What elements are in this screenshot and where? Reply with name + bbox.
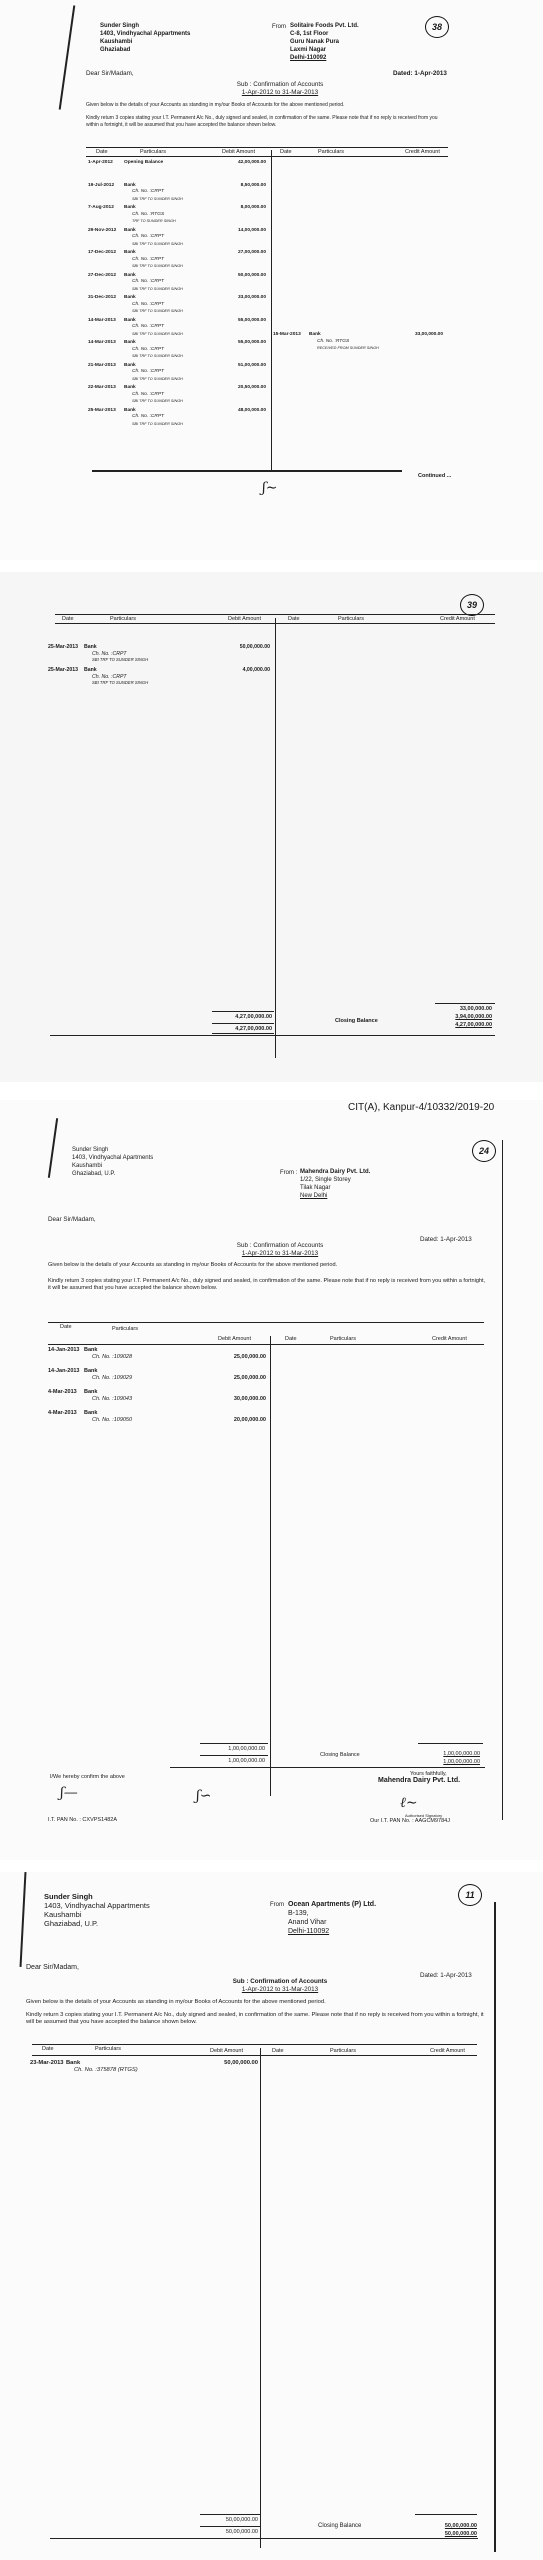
scanned-document: 38 Sunder Singh 1403, Vindhyachal Appart… (0, 0, 543, 2560)
recipient-pan: I.T. PAN No. : CXVPS1482A (48, 1816, 117, 1824)
address-line: Kaushambi (44, 1910, 150, 1919)
from-label: From (270, 1902, 284, 1908)
page-separator (0, 1082, 543, 1100)
recipient-name: Sunder Singh (72, 1146, 153, 1154)
recipient-address: Sunder Singh 1403, Vindhyachal Appartmen… (100, 22, 190, 54)
signature: ʃ∼ (262, 480, 278, 496)
page-separator (0, 1860, 543, 1872)
entry-particulars: BankCh. No. :CRPTSBI TRF TO SUNDER SINGH (84, 667, 214, 687)
entry-date: 19-Jul-2012 (88, 183, 122, 190)
table-bottom-rule (170, 1767, 485, 1768)
subject: Sub : Confirmation of Accounts (170, 81, 390, 89)
entry-date: 25-Mar-2013 (48, 644, 82, 651)
recipient-address: Sunder Singh 1403, Vindhyachal Apartment… (72, 1146, 153, 1178)
entry-amount: 25,00,000.00 (206, 1375, 266, 1382)
col-header-particulars: Particulars (338, 616, 364, 622)
total-rule (435, 1003, 495, 1004)
page-number-mark: 39 (460, 594, 484, 616)
total-rule (418, 1743, 483, 1744)
entry-amount: 8,00,000.00 (206, 205, 266, 212)
col-header-date: Date (62, 616, 74, 622)
entry-amount: 55,00,000.00 (206, 340, 266, 347)
address-line: Kaushambi (72, 1162, 153, 1170)
entry-date: 23-Mar-2013 (30, 2060, 64, 2067)
entry-date: 4-Mar-2013 (48, 1389, 82, 1396)
entry-amount: 50,00,000.00 (210, 644, 270, 651)
recipient-name: Sunder Singh (44, 1892, 150, 1901)
closing-balance: 1,00,00,000.00 (420, 1750, 480, 1758)
entry-particulars: BankCh. No. :109029 (84, 1368, 214, 1381)
entry-amount: 50,00,000.00 (206, 273, 266, 280)
col-header-date: Date (96, 149, 108, 155)
page-number-mark: 24 (472, 1140, 496, 1162)
total-rule (212, 1011, 274, 1012)
address-line: Laxmi Nagar (290, 46, 359, 54)
table-top-rule (48, 1322, 484, 1323)
total-rule (200, 1755, 268, 1756)
entry-amount: 20,50,000.00 (206, 385, 266, 392)
col-header-date: Date (272, 2048, 284, 2054)
col-header-date: Date (60, 1324, 72, 1330)
from-label: From (272, 24, 286, 30)
address-line: C-8, 1st Floor (290, 30, 359, 38)
continued-label: Continued ... (418, 472, 451, 480)
sender-address: Mahendra Dairy Pvt. Ltd. 1/22, Single St… (300, 1168, 370, 1200)
address-line: Tilak Nagar (300, 1184, 370, 1192)
entry-amount: 27,00,000.00 (206, 250, 266, 257)
total-rule (415, 2514, 477, 2515)
table-bottom-rule (50, 2538, 478, 2539)
table-bottom-rule (50, 1035, 495, 1036)
intro-paragraph: Given below is the details of your Accou… (26, 1999, 486, 2006)
col-header-credit: Credit Amount (440, 616, 475, 622)
entry-particulars: BankCh. No. :109043 (84, 1389, 214, 1402)
credit-grand-total: 50,00,000.00 (417, 2530, 477, 2538)
closing-balance-label: Closing Balance (320, 1751, 360, 1759)
col-header-debit: Debit Amount (222, 149, 255, 155)
sender-pan: Our I.T. PAN No. : AAGCM9784J (370, 1817, 450, 1825)
total-rule (212, 1033, 274, 1034)
dated: Dated: 1-Apr-2013 (420, 1236, 472, 1244)
address-line: B-139, (288, 1909, 376, 1918)
entry-date: 27-Dec-2012 (88, 273, 122, 280)
signature: ʃ— (60, 1785, 78, 1801)
signature: ℓ∼ (400, 1795, 418, 1812)
entry-amount: 14,00,000.00 (206, 228, 266, 235)
salutation: Dear Sir/Madam, (26, 1964, 79, 1972)
total-rule (200, 2526, 260, 2527)
entry-date: 4-Mar-2013 (48, 1410, 82, 1417)
period: 1-Apr-2012 to 31-Mar-2013 (170, 89, 390, 97)
total-rule (212, 1023, 274, 1024)
credit-grand-total: 1,00,00,000.00 (420, 1758, 480, 1766)
entry-particulars: BankCh. No. :109028 (84, 1347, 214, 1360)
sender-address: Ocean Apartments (P) Ltd. B-139, Anand V… (288, 1900, 376, 1936)
entry-amount: 48,00,000.00 (206, 408, 266, 415)
sender-name: Ocean Apartments (P) Ltd. (288, 1900, 376, 1909)
entry-amount: 25,00,000.00 (206, 1354, 266, 1361)
table-top-rule (32, 2044, 477, 2045)
entry-amount: 33,00,000.00 (206, 295, 266, 302)
page-number-mark: 38 (425, 16, 449, 38)
col-header-date: Date (285, 1336, 297, 1342)
period: 1-Apr-2012 to 31-Mar-2013 (180, 1986, 380, 1994)
entry-date: 22-Mar-2013 (88, 385, 122, 392)
total-rule (200, 2514, 260, 2515)
subject: Sub : Confirmation of Accounts (180, 1978, 380, 1986)
col-header-credit: Credit Amount (405, 149, 440, 155)
debit-grand-total: 4,27,00,000.00 (212, 1025, 272, 1033)
table-top-rule (55, 614, 495, 615)
sender-name: Solitaire Foods Pvt. Ltd. (290, 22, 359, 30)
col-header-date: Date (42, 2046, 54, 2052)
company-signature-name: Mahendra Dairy Pvt. Ltd. (378, 1777, 460, 1785)
entry-date: 21-Mar-2013 (88, 363, 122, 370)
recipient-name: Sunder Singh (100, 22, 190, 30)
entry-date: 14-Jan-2013 (48, 1368, 82, 1375)
col-header-debit: Debit Amount (218, 1336, 251, 1342)
entry-amount: 50,00,000.00 (198, 2060, 258, 2067)
entry-amount: 33,00,000.00 (383, 332, 443, 339)
debit-total: 50,00,000.00 (198, 2516, 258, 2524)
case-reference: CIT(A), Kanpur-4/10332/2019-20 (348, 1102, 494, 1113)
sender-address: Solitaire Foods Pvt. Ltd. C-8, 1st Floor… (290, 22, 359, 62)
from-label: From : (280, 1170, 297, 1176)
closing-balance-label: Closing Balance (335, 1017, 378, 1025)
subject-block: Sub : Confirmation of Accounts 1-Apr-201… (170, 1242, 390, 1258)
entry-date: 14-Jan-2013 (48, 1347, 82, 1354)
entry-particulars: BankCh. No. :375878 (RTGS) (66, 2060, 196, 2073)
table-header-rule (32, 2055, 477, 2056)
entry-amount: 42,00,000.00 (206, 160, 266, 167)
col-header-particulars: Particulars (95, 2046, 121, 2052)
col-header-particulars: Particulars (110, 616, 136, 622)
total-rule (200, 1743, 268, 1744)
subject-block: Sub : Confirmation of Accounts 1-Apr-201… (170, 81, 390, 97)
table-header-rule (86, 156, 448, 157)
instruction-paragraph: Kindly return 3 copies stating your I.T.… (26, 2012, 486, 2025)
entry-amount: 51,00,000.00 (206, 363, 266, 370)
col-header-particulars: Particulars (112, 1326, 138, 1332)
intro-paragraph: Given below is the details of your Accou… (86, 102, 446, 109)
entry-amount: 8,50,000.00 (206, 183, 266, 190)
credit-grand-total: 4,27,00,000.00 (432, 1021, 492, 1029)
entry-date: 14-Mar-2013 (88, 318, 122, 325)
entry-date: 7-Aug-2012 (88, 205, 122, 212)
table-header-rule (48, 1344, 484, 1345)
entry-particulars: BankCh. No. :CRPTSBI TRF TO SUNDER SINGH (84, 644, 214, 664)
page-4-ocean-apartments: 11 Sunder Singh 1403, Vindhyachal Appart… (0, 1872, 543, 2560)
instruction-paragraph: Kindly return 3 copies stating your I.T.… (48, 1278, 488, 1291)
col-header-particulars: Particulars (318, 149, 344, 155)
address-line: Delhi-110092 (288, 1927, 376, 1936)
dated: Dated: 1-Apr-2013 (393, 70, 447, 78)
margin-mark (48, 1118, 58, 1178)
entry-amount: 4,00,000.00 (210, 667, 270, 674)
entry-amount: 20,00,000.00 (206, 1417, 266, 1424)
col-header-credit: Credit Amount (432, 1336, 467, 1342)
closing-balance-label: Closing Balance (318, 2522, 361, 2530)
entry-date: 31-Dec-2012 (88, 295, 122, 302)
page-number-mark: 11 (458, 1884, 482, 1906)
table-divider (260, 2048, 261, 2548)
sender-name: Mahendra Dairy Pvt. Ltd. (300, 1168, 370, 1176)
col-header-particulars: Particulars (140, 149, 166, 155)
col-header-date: Date (288, 616, 300, 622)
page-3-mahendra-dairy: CIT(A), Kanpur-4/10332/2019-20 24 Sunder… (0, 1100, 543, 1860)
address-line: Ghaziabad, U.P. (44, 1919, 150, 1928)
period: 1-Apr-2012 to 31-Mar-2013 (170, 1250, 390, 1258)
table-divider (270, 1336, 271, 1796)
scan-edge (502, 1140, 503, 1820)
address-line: Delhi-110092 (290, 54, 359, 62)
entry-amount: 30,00,000.00 (206, 1396, 266, 1403)
subject-block: Sub : Confirmation of Accounts 1-Apr-201… (180, 1978, 380, 1994)
address-line: 1403, Vindhyachal Appartments (44, 1901, 150, 1910)
col-header-particulars: Particulars (330, 2048, 356, 2054)
address-line: Ghaziabad, U.P. (72, 1170, 153, 1178)
col-header-particulars: Particulars (330, 1336, 356, 1342)
address-line: Ghaziabad (100, 46, 190, 54)
margin-mark (59, 5, 76, 109)
entry-date: 25-Mar-2013 (88, 408, 122, 415)
entry-date: 15-Mar-2013 (273, 332, 307, 339)
signature: ʃ∽ (196, 1788, 212, 1804)
address-line: 1403, Vindhyachal Apartments (72, 1154, 153, 1162)
page-separator (0, 560, 543, 572)
entry-date: 25-Mar-2013 (48, 667, 82, 674)
instruction-paragraph: Kindly return 3 copies stating your I.T.… (86, 115, 446, 128)
table-divider (275, 618, 276, 1058)
debit-total: 4,27,00,000.00 (212, 1013, 272, 1021)
intro-paragraph: Given below is the details of your Accou… (48, 1262, 488, 1269)
debit-total: 1,00,00,000.00 (205, 1745, 265, 1753)
closing-balance: 50,00,000.00 (417, 2522, 477, 2530)
table-bottom-rule (92, 470, 402, 472)
entry-date: 17-Dec-2012 (88, 250, 122, 257)
closing-balance: 3,94,00,000.00 (432, 1013, 492, 1021)
debit-grand-total: 50,00,000.00 (198, 2528, 258, 2536)
page-2-solitaire-foods-continued: 39 Date Particulars Debit Amount Date Pa… (0, 572, 543, 1082)
address-line: Kaushambi (100, 38, 190, 46)
entry-date: 14-Mar-2013 (88, 340, 122, 347)
salutation: Dear Sir/Madam, (48, 1216, 96, 1224)
address-line: 1403, Vindhyachal Appartments (100, 30, 190, 38)
col-header-debit: Debit Amount (228, 616, 261, 622)
recipient-address: Sunder Singh 1403, Vindhyachal Appartmen… (44, 1892, 150, 1928)
debit-grand-total: 1,00,00,000.00 (205, 1757, 265, 1765)
margin-mark (20, 1872, 27, 1967)
confirmation-text: I/We hereby confirm the above (50, 1773, 125, 1781)
col-header-date: Date (280, 149, 292, 155)
address-line: Anand Vihar (288, 1918, 376, 1927)
entry-date: 1-Apr-2012 (88, 160, 122, 167)
table-divider (271, 150, 272, 470)
dated: Dated: 1-Apr-2013 (420, 1972, 472, 1980)
address-line: New Delhi (300, 1192, 370, 1200)
address-line: Guru Nanak Pura (290, 38, 359, 46)
salutation: Dear Sir/Madam, (86, 70, 134, 78)
address-line: 1/22, Single Storey (300, 1176, 370, 1184)
col-header-debit: Debit Amount (210, 2048, 243, 2054)
entry-amount: 55,00,000.00 (206, 318, 266, 325)
entry-date: 29-Nov-2012 (88, 228, 122, 235)
table-top-rule (86, 147, 448, 148)
scan-edge (494, 1902, 496, 2552)
page-1-solitaire-foods: 38 Sunder Singh 1403, Vindhyachal Appart… (0, 0, 543, 560)
col-header-credit: Credit Amount (430, 2048, 465, 2054)
entry-particulars: BankCh. No. :109050 (84, 1410, 214, 1423)
credit-subtotal: 33,00,000.00 (432, 1005, 492, 1013)
subject: Sub : Confirmation of Accounts (170, 1242, 390, 1250)
